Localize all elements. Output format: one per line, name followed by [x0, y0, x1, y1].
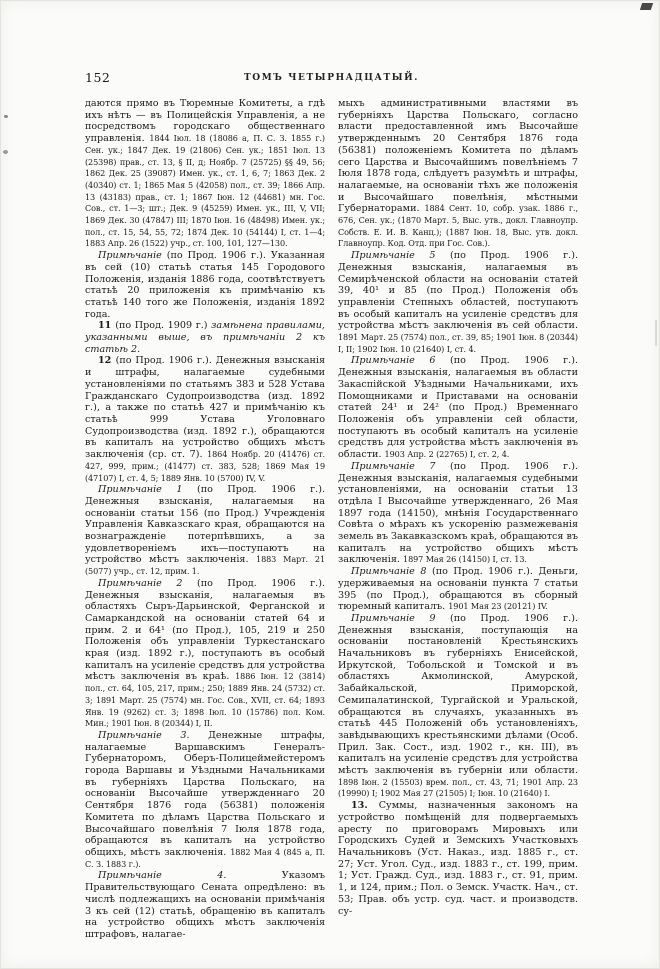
text-run: Примѣчаніе 8 [351, 566, 432, 577]
text-run: (по Прод. 1906 г.). Денежныя взысканія, … [338, 355, 578, 460]
citation-run: 1903 Апр. 2 (22765) I, ст. 2, 4. [385, 449, 510, 459]
paragraph: 12 (по Прод. 1906 г.). Денежныя взыскані… [85, 355, 325, 484]
scan-artifact [3, 150, 8, 154]
paragraph: 13. Суммы, назначенныя закономъ на устро… [338, 800, 578, 917]
text-run: Примѣчаніе 1 [98, 484, 197, 495]
paragraph: Примѣчаніе 9 (по Прод. 1906 г.). Денежны… [338, 613, 578, 800]
text-run: Денежные штрафы, налагаемые Варшавскимъ … [85, 730, 325, 858]
paragraph: Примѣчаніе 4. Указомъ Правительствующаго… [85, 870, 325, 940]
paragraph: Примѣчаніе 1 (по Прод. 1906 г.). Денежны… [85, 484, 325, 578]
paragraph: Примѣчаніе 6 (по Прод. 1906 г.). Денежны… [338, 355, 578, 460]
text-run: Примѣчаніе [98, 250, 167, 261]
scan-artifact [640, 3, 653, 10]
citation-run: 1897 Мая 26 (14150) I, ст. 13. [403, 554, 527, 564]
text-run: мыхъ административными властями въ губер… [338, 98, 578, 214]
text-run: Примѣчаніе 3. [98, 730, 208, 741]
text-run: Примѣчаніе 2 [98, 578, 197, 589]
citation-run: 1844 Іюл. 18 (18086 а, П. С. З. 1855 г.)… [85, 133, 325, 248]
citation-run: 1891 Март. 25 (7574) пол., ст. 39, 85; 1… [338, 332, 578, 354]
paragraph: Примѣчаніе 2 (по Прод. 1906 г.). Денежны… [85, 578, 325, 730]
citation-run: 1901 Мая 23 (20121) IV. [448, 601, 547, 611]
text-run: Примѣчаніе 6 [351, 355, 450, 366]
text-run: (по Прод. 1906 г.). Денежныя взысканія, … [338, 250, 578, 331]
text-run: 11 [98, 320, 115, 331]
scan-artifact [4, 115, 8, 118]
paragraph: Примѣчаніе 7 (по Прод. 1906 г.). Денежны… [338, 461, 578, 566]
scan-artifact [655, 320, 657, 346]
paragraph: Примѣчаніе 8 (по Прод. 1906 г.). Деньги,… [338, 566, 578, 613]
right-column: мыхъ административными властями въ губер… [338, 98, 578, 941]
citation-run: 1898 Іюн. 2 (15503) врем. пол., ст. 43, … [338, 777, 578, 799]
text-block: даются прямо въ Тюремные Комитеты, а гдѣ… [85, 98, 578, 941]
paragraph: Примѣчаніе 3. Денежные штрафы, налагаемы… [85, 730, 325, 870]
text-run: Примѣчаніе 5 [351, 250, 450, 261]
page-header: 152 ТОМЪ ЧЕТЫРНАДЦАТЫЙ. [85, 70, 578, 86]
text-run: Примѣчаніе 7 [351, 461, 450, 472]
text-run: (по Прод. 1906 г.). Денежныя взысканія, … [338, 613, 578, 776]
paragraph: Примѣчаніе (по Прод. 1906 г.). Указанная… [85, 250, 325, 320]
text-run: (по Прод. 1906 г.). Денежныя взысканія, … [85, 484, 325, 565]
paragraph: мыхъ административными властями въ губер… [338, 98, 578, 250]
page-number: 152 [85, 70, 110, 85]
left-column: даются прямо въ Тюремные Комитеты, а гдѣ… [85, 98, 325, 941]
text-run: Примѣчаніе 9 [351, 613, 450, 624]
text-run: Суммы, назначенныя закономъ на устройств… [338, 800, 578, 916]
text-run: (по Прод. 1906 г.). Денежныя взысканія, … [338, 461, 578, 566]
paragraph: даются прямо въ Тюремные Комитеты, а гдѣ… [85, 98, 325, 250]
text-run: 12 [98, 355, 116, 366]
text-run: (по Прод. 1909 г.) [115, 320, 211, 331]
volume-title: ТОМЪ ЧЕТЫРНАДЦАТЫЙ. [85, 70, 578, 83]
text-run: 13. [351, 800, 379, 811]
text-run: (по Прод. 1906 г.). Денежныя взысканія и… [85, 355, 325, 460]
text-run: (по Прод. 1906 г.). Денежныя взысканія, … [85, 578, 325, 683]
paragraph: 11 (по Прод. 1909 г.) замѣнена правилами… [85, 320, 325, 355]
paragraph: Примѣчаніе 5 (по Прод. 1906 г.). Денежны… [338, 250, 578, 355]
text-run: Примѣчаніе 4. [98, 870, 282, 881]
